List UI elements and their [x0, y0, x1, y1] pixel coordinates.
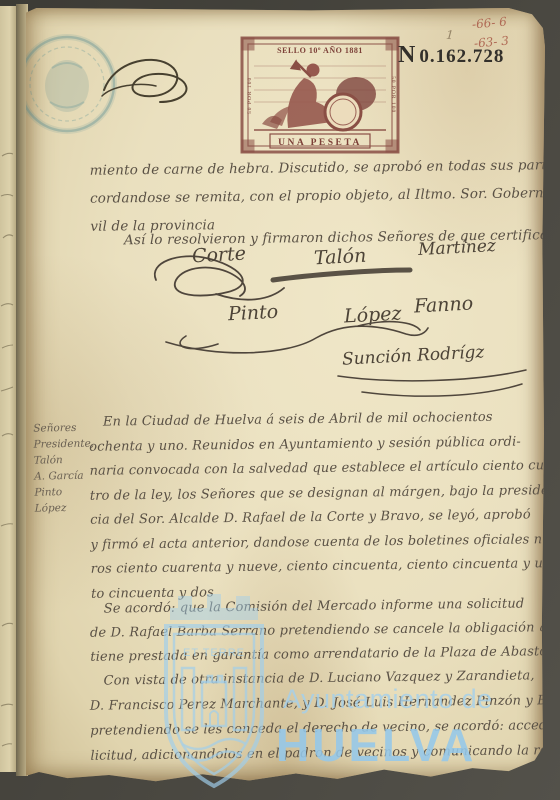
paragraph-session-opening: En la Ciudad de Huelva á seis de Abril d…: [89, 405, 545, 607]
signature-secretario-rubric-icon: [334, 368, 534, 400]
paragraph-market-commission: Se acordó: que la Comisión del Mercado i…: [90, 592, 545, 670]
text-line: cordandose se remita, con el propio obje…: [90, 179, 545, 213]
stamp-side-left-text: 50 POR 100: [247, 77, 253, 114]
stamp-denomination-text: UNA PESETA: [278, 138, 362, 148]
stamp-header-text: SELLO 10º AÑO 1881: [277, 46, 363, 55]
signature-corte: Corte: [191, 243, 246, 268]
facing-page-edge: [0, 6, 16, 772]
ink-smear-icon: [270, 266, 414, 286]
stamp-allegory-figure-icon: [254, 62, 386, 130]
pencil-annotation-top: -66- 6: [471, 15, 507, 32]
stamp-side-right-text: 50 POR 100: [390, 76, 396, 113]
paragraph-residency-petition: Con vista de otra instancia de D. Lucian…: [89, 663, 545, 769]
manuscript-page: SELLO 10º AÑO 1881 50 POR 100 50 POR 100…: [26, 8, 545, 782]
serial-prefix: N: [398, 42, 416, 68]
facing-page-fragments-icon: [0, 6, 16, 772]
archive-photo: { "page_marks": { "serial_prefix": "N", …: [0, 0, 560, 800]
signature-martinez: Martínez: [418, 236, 497, 260]
serial-digits: 0.162.728: [419, 46, 504, 67]
text-line: licitud, adicionandolos en el padron de …: [90, 738, 545, 769]
revenue-stamp: SELLO 10º AÑO 1881 50 POR 100 50 POR 100…: [240, 36, 400, 154]
signature-fanno: Fanno: [413, 292, 473, 317]
pen-flourish-icon: [98, 52, 194, 112]
pencil-annotation-small: 1: [446, 28, 455, 42]
